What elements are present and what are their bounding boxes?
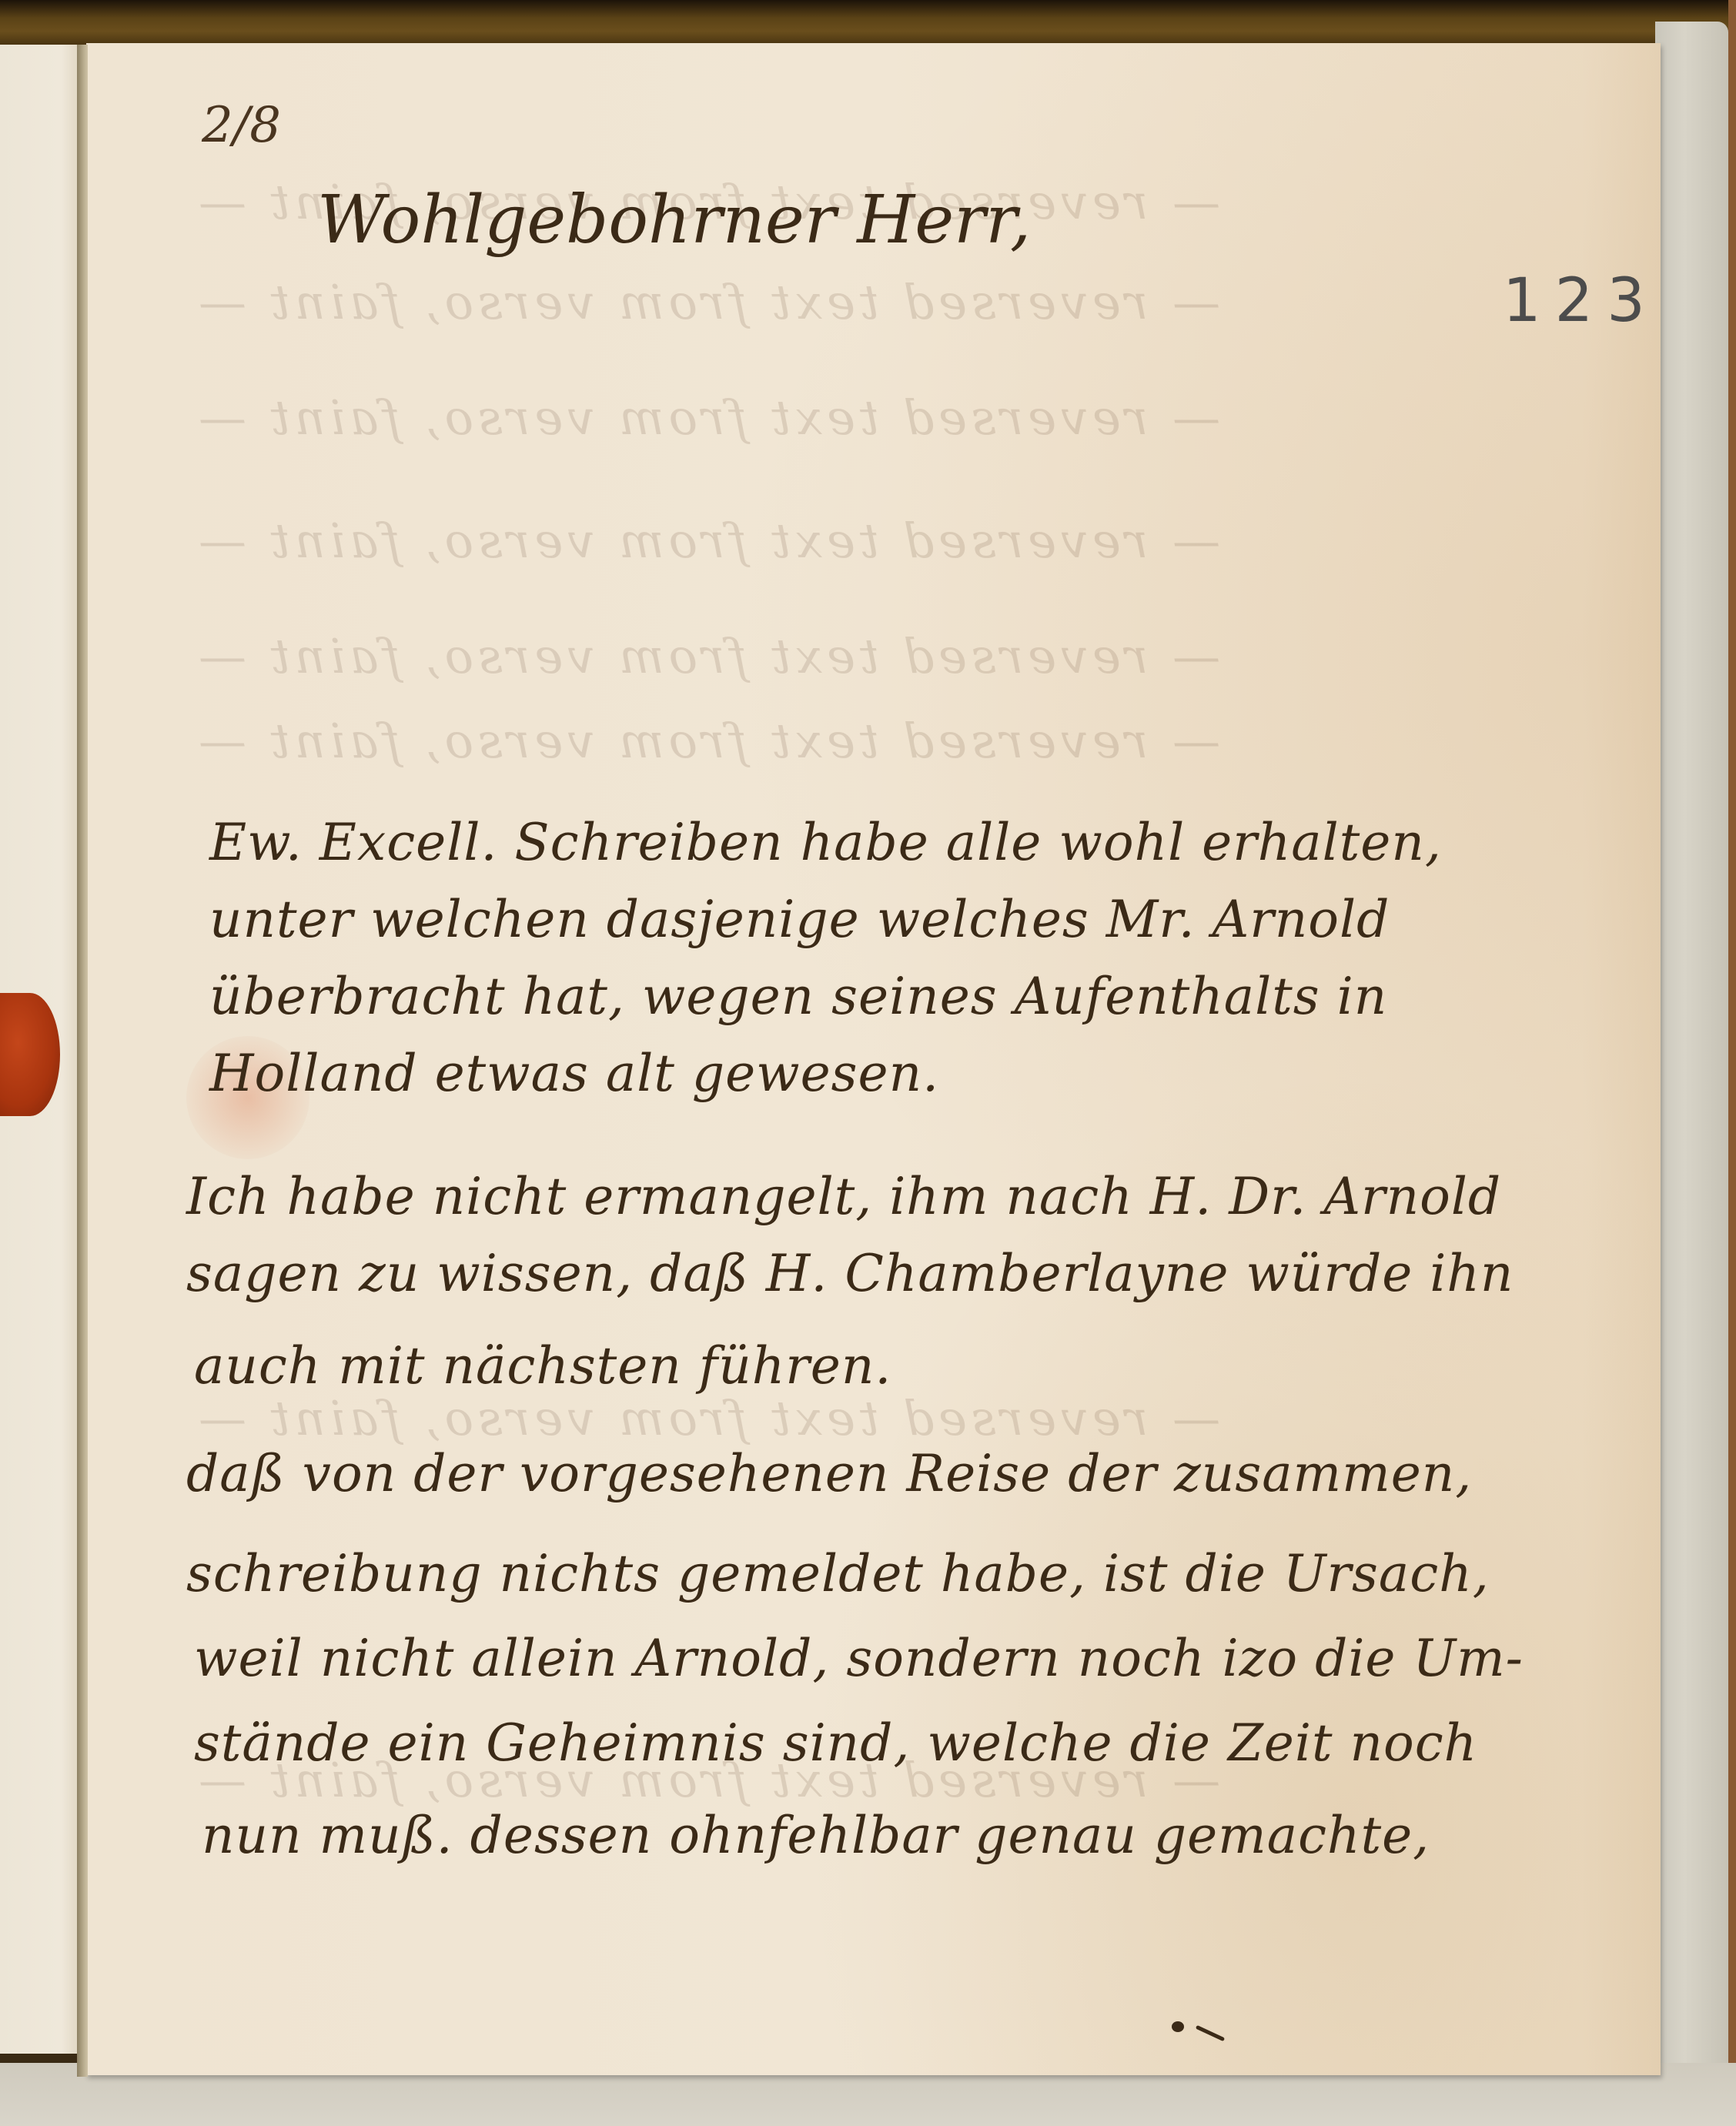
body-line: sagen zu wissen, daß H. Chamberlayne wür… bbox=[186, 1244, 1514, 1303]
body-line: Ew. Excell. Schreiben habe alle wohl erh… bbox=[209, 813, 1442, 872]
wax-seal bbox=[0, 993, 60, 1116]
bleed-through-line: — reversed text from verso, faint — bbox=[194, 513, 1220, 569]
body-line: Holland etwas alt gewesen. bbox=[209, 1044, 939, 1103]
body-line: nun muß. dessen ohnfehlbar genau gemacht… bbox=[202, 1806, 1430, 1865]
body-line: stände ein Geheimnis sind, welche die Ze… bbox=[194, 1713, 1477, 1773]
body-line: schreibung nichts gemeldet habe, ist die… bbox=[186, 1544, 1490, 1603]
folio-mark: 2/8 bbox=[202, 97, 281, 154]
book-binding-top bbox=[0, 0, 1736, 45]
bleed-through-line: — reversed text from verso, faint — bbox=[194, 628, 1220, 684]
body-line: Ich habe nicht ermangelt, ihm nach H. Dr… bbox=[186, 1167, 1501, 1226]
underlying-sheet bbox=[1655, 22, 1728, 2100]
body-line: daß von der vorgesehenen Reise der zusam… bbox=[186, 1444, 1472, 1503]
ink-drip bbox=[1196, 2025, 1225, 2041]
bleed-through-line: — reversed text from verso, faint — bbox=[194, 389, 1220, 446]
body-line: überbracht hat, wegen seines Aufenthalts… bbox=[209, 967, 1387, 1026]
archive-page-number: 123 bbox=[1503, 266, 1659, 336]
manuscript-page: — reversed text from verso, faint — — re… bbox=[86, 43, 1661, 2075]
binding-edge bbox=[1728, 0, 1736, 2126]
bleed-through-line: — reversed text from verso, faint — bbox=[194, 713, 1220, 769]
ink-blot bbox=[1172, 2021, 1184, 2032]
body-line: auch mit nächsten führen. bbox=[194, 1336, 891, 1396]
page-gutter bbox=[77, 45, 88, 2077]
salutation: Wohlgebohrner Herr, bbox=[317, 182, 1031, 259]
body-line: weil nicht allein Arnold, sondern noch i… bbox=[194, 1629, 1524, 1688]
bleed-through-line: — reversed text from verso, faint — bbox=[194, 1390, 1220, 1446]
body-line: unter welchen dasjenige welches Mr. Arno… bbox=[209, 890, 1390, 949]
bleed-through-line: — reversed text from verso, faint — bbox=[194, 274, 1220, 330]
